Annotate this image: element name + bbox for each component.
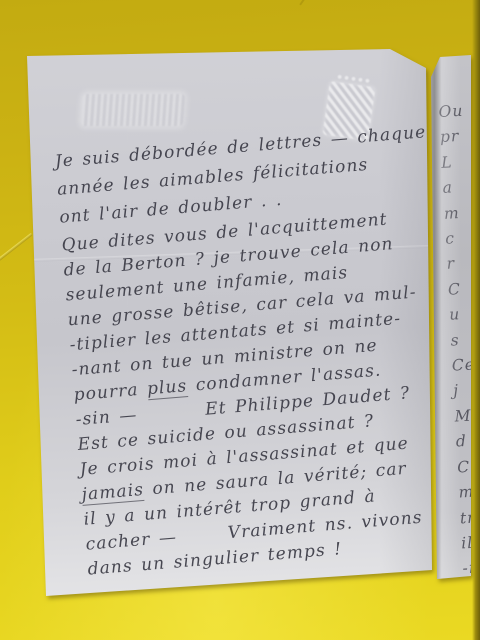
page2-fragment: u xyxy=(449,302,475,329)
page2-fragment: c xyxy=(445,226,471,253)
page2-fragment: C xyxy=(447,276,473,303)
page2-fragment: L xyxy=(441,149,467,176)
fold-shadow-right xyxy=(0,0,480,640)
letter-page-right: OuprLamcrCusCejMdCmtril-m xyxy=(0,0,480,640)
page2-fragment: m xyxy=(443,200,469,227)
page2-fragment: a xyxy=(442,175,468,202)
page2-fragment: Ou xyxy=(438,99,464,126)
page2-fragment: pr xyxy=(439,124,465,151)
letter-page-right-wrap: OuprLamcrCusCejMdCmtril-m xyxy=(0,0,480,640)
photo-right-edge-shadow xyxy=(472,0,480,640)
photo-background: Je suis débordée de lettres — chaqueanné… xyxy=(0,0,480,640)
page2-fragment: r xyxy=(446,251,472,278)
